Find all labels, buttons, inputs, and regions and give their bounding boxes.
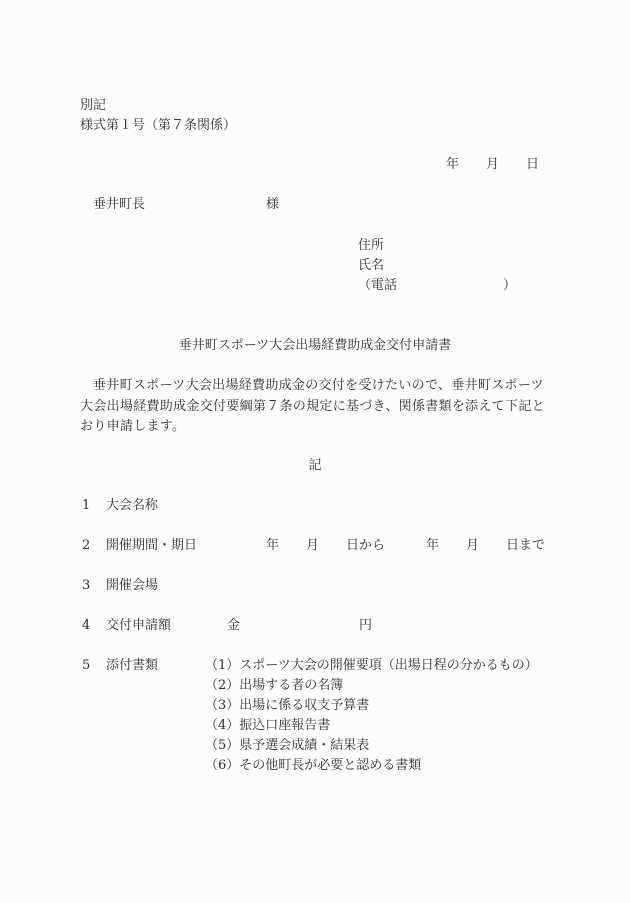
- period-from-year-label: 年: [266, 536, 279, 556]
- applicant-address-label: 住所: [358, 236, 384, 256]
- item-label: 開催会場: [106, 576, 158, 596]
- amount-prefix: 金: [227, 616, 240, 636]
- period-from-month-label: 月: [306, 536, 319, 556]
- amount-suffix: 円: [359, 616, 372, 636]
- attachment-item: （6）その他町長が必要と認める書類: [205, 756, 421, 776]
- item-label: 開催期間・期日: [106, 536, 197, 556]
- date-day-label: 日: [526, 155, 539, 175]
- period-to-month-label: 月: [466, 536, 479, 556]
- period-from-day-label: 日から: [346, 536, 385, 556]
- period-to-year-label: 年: [426, 536, 439, 556]
- item-number: 1: [82, 496, 90, 516]
- date-year-label: 年: [446, 155, 459, 175]
- attachment-item: （5）県予選会成績・結果表: [205, 736, 369, 756]
- item-number: 4: [82, 616, 90, 636]
- addressee-honorific: 様: [266, 195, 279, 215]
- appendix-label: 別記: [80, 96, 106, 116]
- attachment-item: （1）スポーツ大会の開催要項（出場日程の分かるもの）: [205, 656, 538, 676]
- addressee-name: 垂井町長: [93, 195, 145, 215]
- applicant-name-label: 氏名: [358, 256, 384, 276]
- period-to-day-label: 日まで: [506, 536, 545, 556]
- applicant-phone-close-paren: ）: [503, 276, 516, 296]
- item-number: 3: [82, 576, 90, 596]
- item-number: 2: [82, 536, 90, 556]
- item-label: 大会名称: [106, 496, 158, 516]
- application-form-page: 別記 様式第１号（第７条関係） 年 月 日 垂井町長 様 住所 氏名 （電話 ）…: [0, 0, 630, 903]
- item-label: 交付申請額: [106, 616, 171, 636]
- attachment-item: （3）出場に係る収支予算書: [205, 696, 369, 716]
- item-number: 5: [82, 656, 90, 676]
- ki-heading: 記: [0, 456, 630, 476]
- attachment-item: （2）出場する者の名簿: [205, 676, 343, 696]
- attachment-item: （4）振込口座報告書: [205, 716, 330, 736]
- form-number: 様式第１号（第７条関係）: [80, 116, 236, 136]
- document-title: 垂井町スポーツ大会出場経費助成金交付申請書: [0, 336, 630, 356]
- body-paragraph: 垂井町スポーツ大会出場経費助成金の交付を受けたいので、垂井町スポーツ大会出場経費…: [80, 376, 552, 438]
- date-month-label: 月: [486, 155, 499, 175]
- applicant-phone-label: （電話: [358, 276, 397, 296]
- item-label: 添付書類: [106, 656, 158, 676]
